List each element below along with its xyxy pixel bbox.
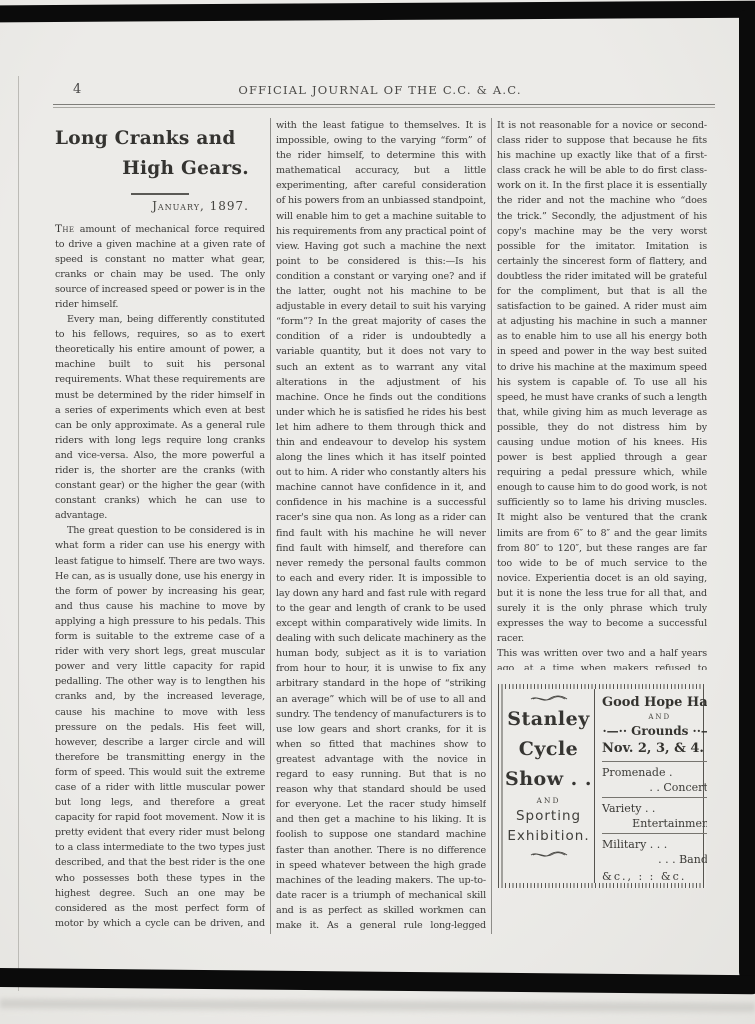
- scan-artifact-top: [0, 1, 755, 23]
- advertisement-box: Stanley Cycle Show . . AND Sporting Exhi…: [498, 684, 706, 888]
- scan-artifact-shadow: [0, 998, 755, 1015]
- ad-item-line: . . . Bands: [602, 853, 707, 868]
- ad-etcetera: &c., : : &c.: [602, 870, 707, 883]
- article-columns: Long Cranks and High Gears. January, 189…: [55, 118, 707, 934]
- column-1: Long Cranks and High Gears. January, 189…: [55, 118, 265, 934]
- ad-dates: Nov. 2, 3, & 4.: [602, 741, 707, 756]
- ad-item-promenade-concerts: Promenade . . . Concerts: [602, 766, 707, 795]
- ad-venue-name: Good Hope Hall: [602, 695, 707, 710]
- ad-grounds-label: ·—·· Grounds ··—·: [602, 724, 707, 738]
- ad-divider: [602, 833, 707, 834]
- ad-left-cell: Stanley Cycle Show . . AND Sporting Exhi…: [503, 689, 595, 883]
- column-2: with the least fatigue to themselves. It…: [270, 118, 486, 934]
- title-rule: [131, 193, 189, 195]
- ad-item-line: Military . . .: [602, 838, 707, 853]
- article-title-line2: High Gears.: [55, 154, 265, 184]
- ad-item-line: . . Concerts: [602, 781, 707, 796]
- advertisement-inner: Stanley Cycle Show . . AND Sporting Exhi…: [503, 689, 701, 883]
- paragraph: The amount of mechanical force required …: [55, 222, 265, 313]
- paragraph: This was written over two and a half yea…: [497, 646, 707, 670]
- scan-artifact-right: [739, 10, 755, 982]
- ad-and-label: AND: [602, 713, 707, 721]
- dateline: January, 1897.: [55, 199, 265, 213]
- scanned-page: 4 OFFICIAL JOURNAL OF THE C.C. & A.C. Lo…: [0, 0, 755, 1024]
- column-3-text: It is not reasonable for a novice or sec…: [497, 118, 707, 670]
- lead-word: The: [55, 223, 74, 235]
- paragraph: with the least fatigue to themselves. It…: [276, 118, 486, 934]
- ad-divider: [602, 761, 707, 762]
- column-3: It is not reasonable for a novice or sec…: [491, 118, 707, 934]
- page-header: 4 OFFICIAL JOURNAL OF THE C.C. & A.C.: [55, 82, 705, 100]
- squiggle-ornament-icon: [528, 694, 570, 704]
- paragraph-text: amount of mechanical force required to d…: [55, 224, 265, 310]
- article-title-line1: Long Cranks and: [55, 124, 265, 154]
- ad-word-cycle: Cycle: [519, 734, 579, 764]
- ad-word-sporting: Sporting: [516, 806, 581, 826]
- paper-edge-line: [18, 76, 19, 991]
- ad-item-variety-entertainment: Variety . . Entertainment: [602, 802, 707, 831]
- scan-artifact-bottom: [0, 968, 755, 994]
- ad-divider: [602, 797, 707, 798]
- ad-right-cell: Good Hope Hall AND ·—·· Grounds ··—· Nov…: [595, 689, 707, 883]
- header-rule: [53, 104, 715, 108]
- ad-item-line: Entertainment: [602, 817, 707, 832]
- ad-word-stanley: Stanley: [507, 704, 589, 734]
- journal-title: OFFICIAL JOURNAL OF THE C.C. & A.C.: [55, 83, 705, 97]
- squiggle-ornament-icon: [528, 850, 570, 860]
- ad-and-label: AND: [537, 796, 561, 805]
- ad-item-line: Promenade .: [602, 766, 707, 781]
- ad-item-line: Variety . .: [602, 802, 707, 817]
- article-title: Long Cranks and High Gears.: [55, 124, 265, 184]
- paragraph: It is not reasonable for a novice or sec…: [497, 118, 707, 646]
- paragraph: Every man, being differently constituted…: [55, 312, 265, 523]
- ad-word-exhibition: Exhibition.: [507, 826, 589, 846]
- ad-item-military-bands: Military . . . . . . Bands: [602, 838, 707, 867]
- ad-word-show: Show . .: [505, 764, 592, 794]
- paragraph: The great question to be considered is i…: [55, 523, 265, 934]
